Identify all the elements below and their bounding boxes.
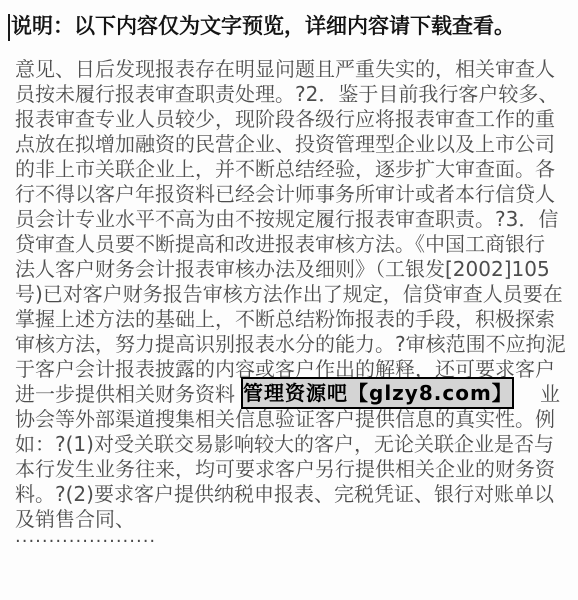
text-line: 号)已对客户财务报告审核方法作出了规定，信贷审查人员要在: [15, 282, 575, 307]
text-line: 本行发生业务往来，均可要求客户另行提供相关企业的财务资: [15, 457, 575, 482]
site-watermark-text: 管理资源吧【glzy8.com】: [243, 381, 513, 405]
text-line: 意见、日后发现报表存在明显问题且严重失实的，相关审查人: [15, 57, 575, 82]
document-body: 意见、日后发现报表存在明显问题且严重失实的，相关审查人 员按未履行报表审查职责处…: [15, 57, 575, 557]
text-line: 审核方法，努力提高识别报表水分的能力。?审核范围不应拘泥: [15, 332, 575, 357]
text-cursor: [8, 14, 10, 41]
text-line: 法人客户财务会计报表审核办法及细则》（工银发[2002]105: [15, 257, 575, 282]
text-line: 的非上市关联企业上，并不断总结经验，逐步扩大审查面。各: [15, 157, 575, 182]
document-preview-page: 说明：以下内容仅为文字预览，详细内容请下载查看。 意见、日后发现报表存在明显问题…: [0, 0, 578, 600]
text-line: 协会等外部渠道搜集相关信息验证客户提供信息的真实性。例: [15, 407, 575, 432]
text-line: 报表审查专业人员较少，现阶段各级行应将报表审查工作的重: [15, 107, 575, 132]
text-line: 行不得以客户年报资料已经会计师事务所审计或者本行信贷人: [15, 182, 575, 207]
text-line: 员会计专业水平不高为由不按规定履行报表审查职责。?3．信: [15, 207, 575, 232]
text-line: 及销售合同、: [15, 507, 575, 532]
watermark-line-prefix: 进一步提供相关财务资料: [15, 382, 235, 406]
watermark-line-suffix: 业: [540, 382, 560, 407]
text-line: 料。?(2)要求客户提供纳税申报表、完税凭证、银行对账单以: [15, 482, 575, 507]
preview-notice-text: 说明：以下内容仅为文字预览，详细内容请下载查看。: [11, 14, 515, 38]
text-line: 贷审查人员要不断提高和改进报表审核方法。《中国工商银行: [15, 232, 575, 257]
site-watermark-stamp: 管理资源吧【glzy8.com】: [241, 377, 514, 409]
text-line: 如：?(1)对受关联交易影响较大的客户，无论关联企业是否与: [15, 432, 575, 457]
preview-notice: 说明：以下内容仅为文字预览，详细内容请下载查看。: [8, 11, 515, 41]
truncation-ellipsis: ·····················: [15, 532, 575, 557]
text-line: 掌握上述方法的基础上，不断总结粉饰报表的手段，积极探索: [15, 307, 575, 332]
text-line-with-watermark: 进一步提供相关财务资料 业 管理资源吧【glzy8.com】: [15, 382, 575, 407]
text-line: 点放在拟增加融资的民营企业、投资管理型企业以及上市公司: [15, 132, 575, 157]
text-line: 员按未履行报表审查职责处理。?2．鉴于目前我行客户较多、: [15, 82, 575, 107]
